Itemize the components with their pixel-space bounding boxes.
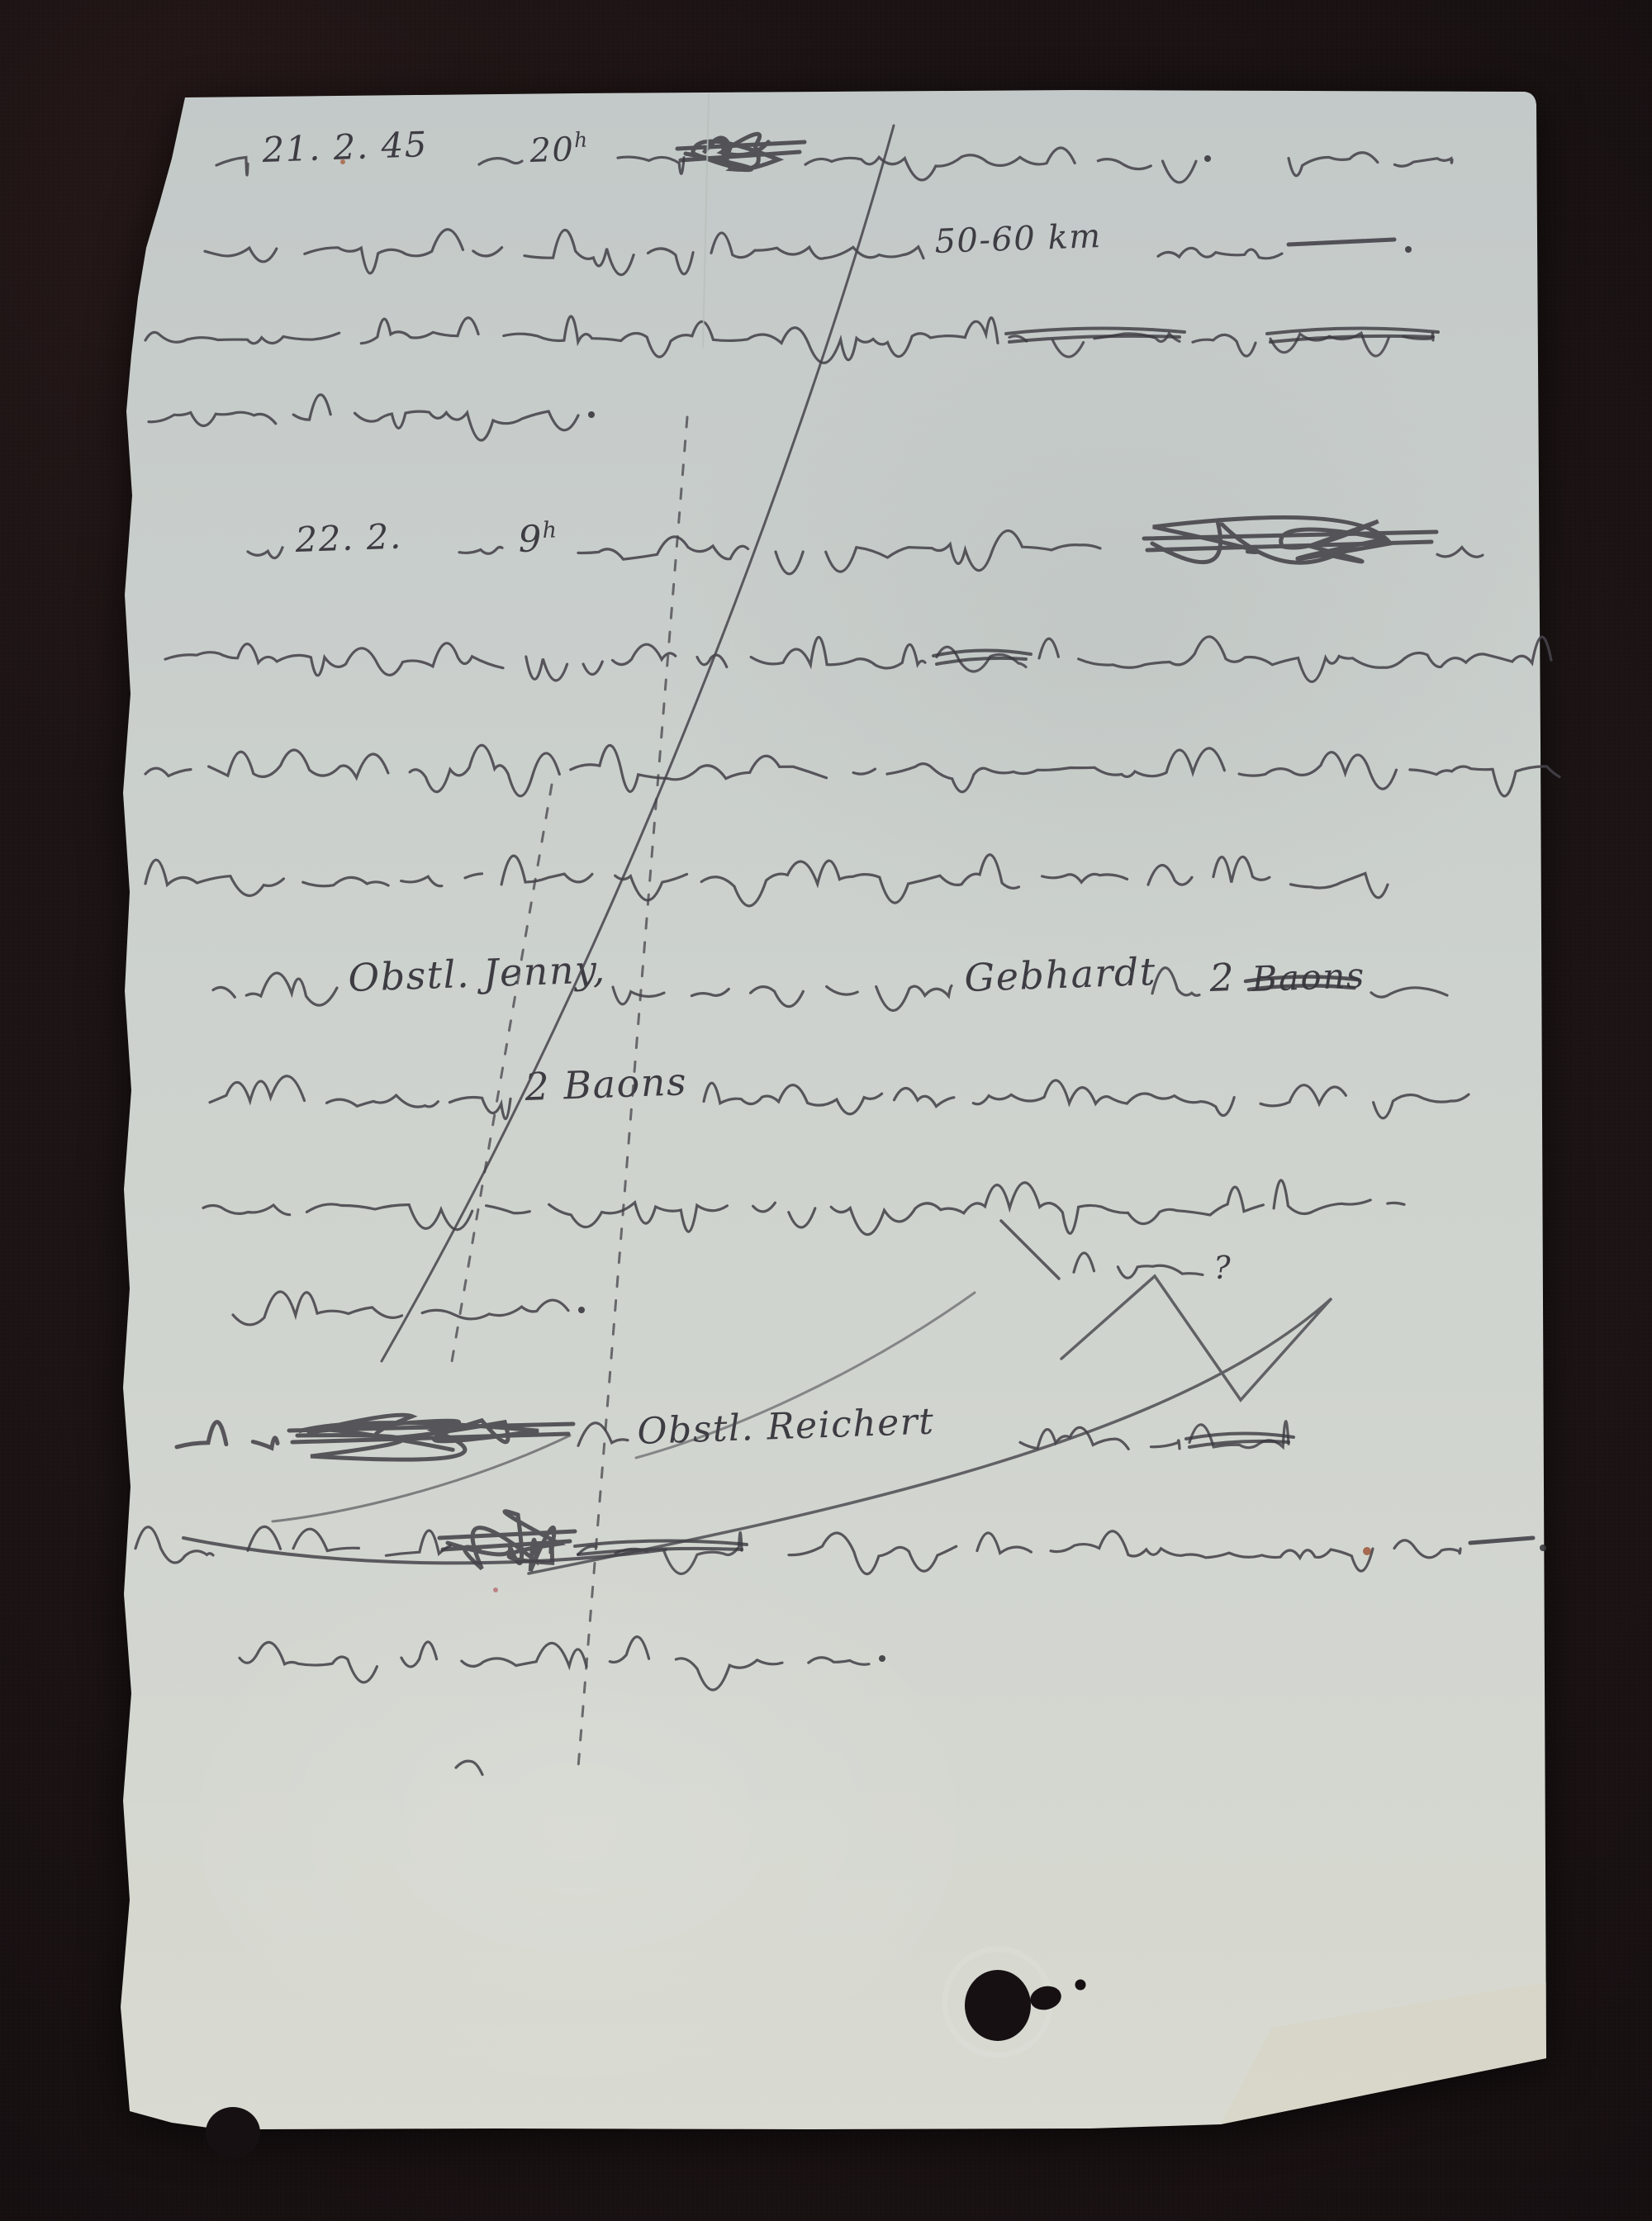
punch-hole-dot: [1075, 1980, 1086, 1991]
legible-word: 2: [1208, 955, 1236, 1000]
legible-word: Gebhardt: [963, 949, 1156, 1000]
pink-speck: [493, 1587, 498, 1592]
period-dot: [1204, 155, 1211, 162]
legible-word: Obstl. Jenny,: [347, 947, 606, 1000]
legible-word: 22. 2.: [294, 516, 403, 561]
punch-hole: [965, 1970, 1031, 2041]
bottom-edge-notch: [206, 2107, 260, 2158]
paper-mottle-light: [149, 1520, 1008, 2114]
legible-word: ?: [1213, 1249, 1232, 1286]
period-dot: [1540, 1545, 1546, 1551]
period-dot: [578, 1307, 585, 1313]
period-dot: [588, 411, 595, 418]
period-dot: [879, 1655, 885, 1662]
paper-group: [121, 90, 1578, 2129]
legible-word: 2 Baons: [523, 1059, 687, 1109]
rust-speck: [1363, 1547, 1371, 1555]
scanned-note: 21. 2. 4520h50-60 km22. 2.9hObstl. Jenny…: [0, 0, 1652, 2221]
rust-dot-top: [340, 159, 345, 164]
legible-word: 50-60 km: [934, 217, 1103, 261]
period-dot: [1405, 246, 1412, 253]
